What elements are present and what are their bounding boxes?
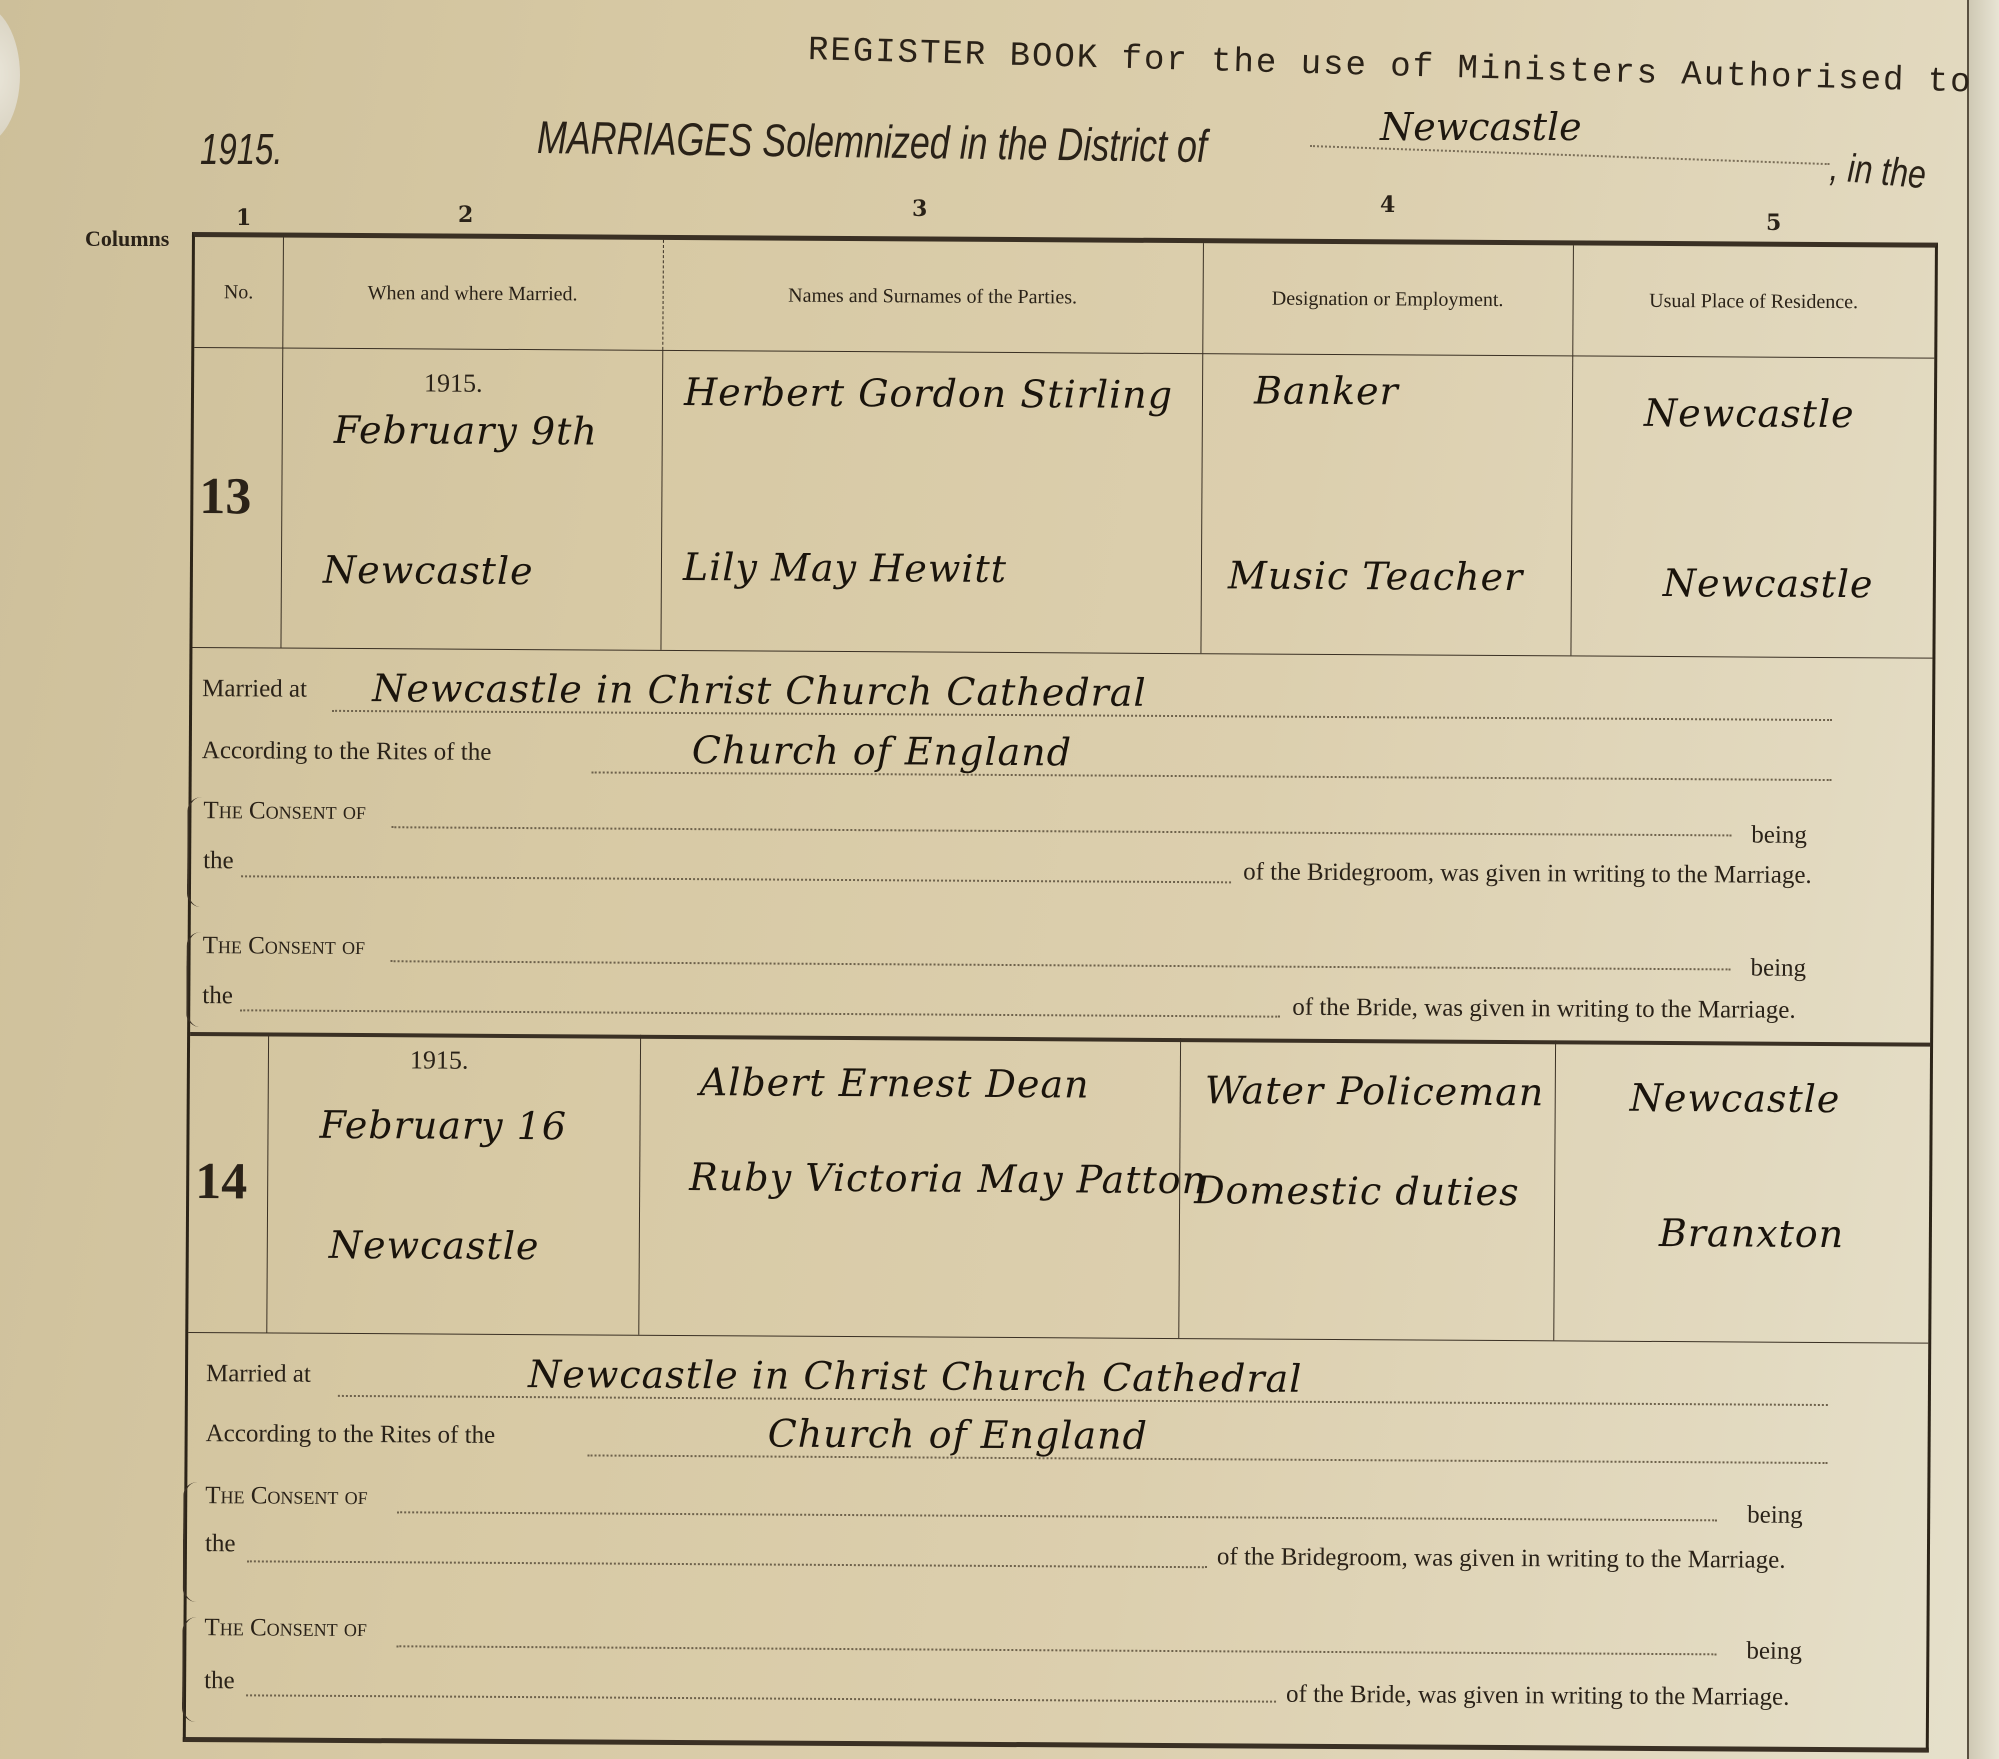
bride-residence: Newcastle [1663, 561, 1874, 606]
bride-employment: Domestic duties [1194, 1168, 1520, 1214]
entry-year: 1915. [424, 368, 483, 398]
book-spine-edge [1967, 0, 1999, 1759]
entry-number: 14 [195, 1152, 247, 1211]
bride-consent-label: The Consent of [203, 932, 366, 961]
marriage-date: February 16 [319, 1103, 567, 1149]
groom-consent-label: The Consent of [203, 797, 366, 826]
columns-label: Columns [85, 226, 169, 252]
rites-label: According to the Rites of the [202, 737, 492, 767]
header-when-where: When and where Married. [282, 238, 663, 350]
bridegroom-consent-text: of the Bridegroom, was given in writing … [1217, 1543, 1786, 1574]
marriage-date: February 9th [334, 408, 598, 454]
column-number-1: 1 [236, 205, 251, 231]
entry-number: 13 [199, 467, 251, 526]
column-number-2: 2 [458, 202, 473, 228]
binder-hole [0, 5, 20, 145]
entry-14-row: 14 1915. February 16 Newcastle Albert Er… [188, 1032, 1930, 1344]
groom-consent-label: The Consent of [205, 1482, 368, 1511]
bride-the-label: the [204, 1667, 235, 1695]
bride-consent-text: of the Bride, was given in writing to th… [1292, 994, 1796, 1025]
bride-consent-text: of the Bride, was given in writing to th… [1286, 1681, 1790, 1712]
married-at-value: Newcastle in Christ Church Cathedral [528, 1352, 1303, 1401]
married-at-label: Married at [206, 1360, 311, 1389]
groom-being-label: being [1747, 1502, 1803, 1530]
register-year: 1915. [200, 125, 283, 175]
marriage-register-table: No. When and where Married. Names and Su… [183, 232, 1938, 1753]
column-number-5: 5 [1766, 210, 1781, 236]
district-value: Newcastle [1380, 105, 1582, 149]
rites-value: Church of England [692, 728, 1072, 774]
bridegroom-consent-text: of the Bridegroom, was given in writing … [1243, 858, 1812, 889]
rites-label: According to the Rites of the [206, 1420, 496, 1450]
register-header: REGISTER BOOK for the use of Ministers A… [807, 32, 1973, 103]
rites-value: Church of England [768, 1412, 1148, 1458]
header-employment: Designation or Employment. [1202, 243, 1573, 355]
table-header-row: No. When and where Married. Names and Su… [194, 237, 1935, 359]
entry-year: 1915. [410, 1045, 469, 1075]
header-residence: Usual Place of Residence. [1572, 245, 1935, 357]
bride-name: Lily May Hewitt [683, 545, 1007, 591]
groom-being-label: being [1751, 822, 1807, 850]
groom-name: Albert Ernest Dean [700, 1060, 1090, 1106]
groom-residence: Newcastle [1644, 391, 1855, 436]
groom-residence: Newcastle [1630, 1076, 1841, 1121]
entry-13-details: Married at Newcastle in Christ Church Ca… [190, 647, 1932, 1047]
title-suffix: , in the [1829, 145, 1927, 198]
entry-13-row: 13 1915. February 9th Newcastle Herbert … [192, 347, 1934, 659]
bride-being-label: being [1750, 955, 1806, 983]
bride-name: Ruby Victoria May Patton [689, 1155, 1207, 1202]
header-names: Names and Surnames of the Parties. [662, 240, 1203, 353]
groom-the-label: the [203, 847, 234, 875]
married-at-label: Married at [202, 675, 307, 704]
bride-being-label: being [1746, 1638, 1802, 1666]
bride-employment: Music Teacher [1228, 553, 1524, 599]
groom-employment: Banker [1254, 368, 1399, 413]
bride-residence: Branxton [1659, 1211, 1845, 1256]
groom-the-label: the [205, 1530, 236, 1558]
marriage-place: Newcastle [329, 1223, 540, 1268]
marriage-place: Newcastle [323, 548, 534, 593]
groom-name: Herbert Gordon Stirling [684, 370, 1173, 417]
header-no: No. [194, 237, 283, 348]
register-title: MARRIAGES Solemnized in the District of [537, 110, 1207, 173]
column-number-3: 3 [912, 196, 927, 222]
column-number-4: 4 [1380, 192, 1395, 218]
bride-the-label: the [202, 982, 233, 1010]
bride-consent-label: The Consent of [204, 1614, 367, 1643]
entry-14-details: Married at Newcastle in Christ Church Ca… [186, 1332, 1928, 1743]
groom-employment: Water Policeman [1205, 1068, 1545, 1114]
married-at-value: Newcastle in Christ Church Cathedral [372, 666, 1147, 715]
